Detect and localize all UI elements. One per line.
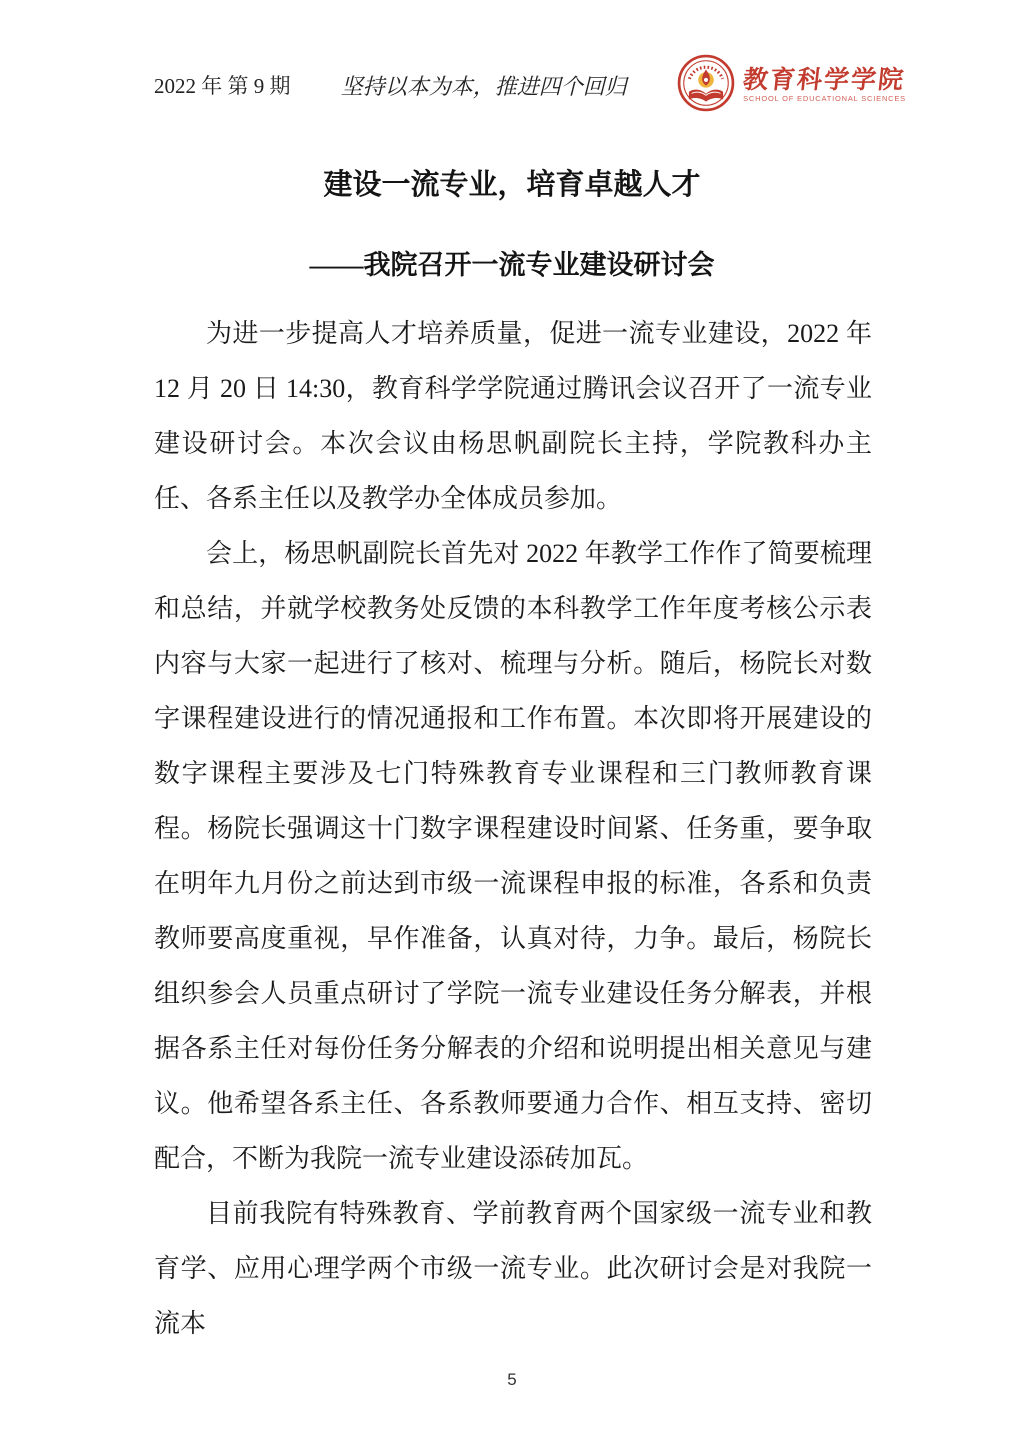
- school-name-en: SCHOOL OF EDUCATIONAL SCIENCES: [743, 94, 906, 103]
- article-title: 建设一流专业，培育卓越人才: [0, 162, 1024, 203]
- paragraph-1: 为进一步提高人才培养质量，促进一流专业建设，2022 年 12 月 20 日 1…: [154, 306, 872, 526]
- document-page: 2022 年 第 9 期 坚持以本为本，推进四个回归 教育科学学院 SCH: [0, 0, 1024, 1448]
- issue-label: 2022 年 第 9 期: [154, 70, 291, 100]
- paragraph-3: 目前我院有特殊教育、学前教育两个国家级一流专业和教育学、应用心理学两个市级一流专…: [154, 1186, 872, 1351]
- article-subtitle: ——我院召开一流专业建设研讨会: [0, 243, 1024, 282]
- header-slogan: 坚持以本为本，推进四个回归: [341, 70, 627, 101]
- paragraph-2: 会上，杨思帆副院长首先对 2022 年教学工作作了简要梳理和总结，并就学校教务处…: [154, 526, 872, 1186]
- school-emblem-icon: [677, 54, 735, 117]
- article-body: 为进一步提高人才培养质量，促进一流专业建设，2022 年 12 月 20 日 1…: [0, 306, 1024, 1351]
- school-logo-text: 教育科学学院 SCHOOL OF EDUCATIONAL SCIENCES: [743, 67, 906, 104]
- school-logo: 教育科学学院 SCHOOL OF EDUCATIONAL SCIENCES: [677, 54, 906, 117]
- page-number: 5: [0, 1370, 1024, 1390]
- school-name-cn: 教育科学学院: [742, 67, 907, 95]
- page-header: 2022 年 第 9 期 坚持以本为本，推进四个回归 教育科学学院 SCH: [0, 54, 1024, 116]
